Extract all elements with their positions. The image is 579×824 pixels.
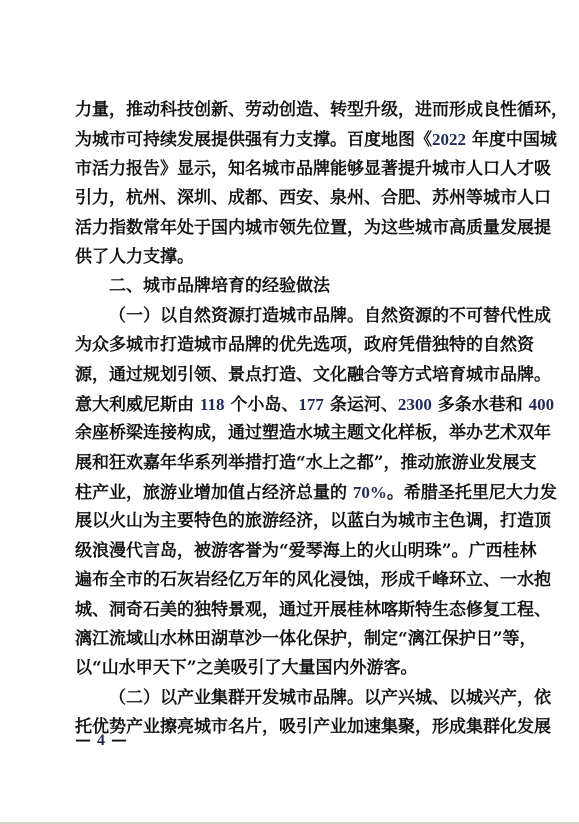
- document-body: 力量，推动科技创新、劳动创造、转型升级，进而形成良性循环， 为城市可持续发展提供…: [75, 96, 507, 743]
- paragraph-line: 源，通过规划引领、景点打造、文化融合等方式培育城市品牌。: [75, 361, 507, 390]
- page-number: —4—: [75, 730, 127, 751]
- paragraph-line: 以“山水甲天下”之美吸引了大量国内外游客。: [75, 654, 507, 683]
- paragraph-line: 遍布全市的石灰岩经亿万年的风化浸蚀，形成千峰环立、一水抱: [75, 566, 507, 595]
- year-number: 2022: [432, 130, 466, 149]
- paragraph-line: 市活力报告》显示，知名城市品牌能够显著提升城市人口人才吸: [75, 155, 507, 184]
- paragraph-line: 力量，推动科技创新、劳动创造、转型升级，进而形成良性循环，: [75, 96, 507, 125]
- guilin-name: 广西桂林: [469, 541, 537, 561]
- section-heading: 二、城市品牌培育的经验做法: [75, 272, 507, 301]
- paragraph-line: 供了人力支撑。: [75, 243, 507, 272]
- santorini-name: 希腊圣托里尼: [404, 483, 506, 503]
- paragraph-line: 城、洞奇石美的独特景观，通过开展桂林喀斯特生态修复工程、: [75, 596, 507, 625]
- paragraph-line: 展和狂欢嘉年华系列举措打造“水上之都”，推动旅游业发展支: [75, 449, 507, 478]
- text: 多条水巷和: [432, 395, 529, 415]
- subsection-1-lead: （一）以自然资源打造城市品牌。自然资源的不可替代性成: [75, 302, 507, 331]
- paragraph-line: 漓江流域山水林田湖草沙一体化保护，制定“漓江保护日”等，: [75, 625, 507, 654]
- paragraph-line: 引力，杭州、深圳、成都、西安、泉州、合肥、苏州等城市人口: [75, 184, 507, 213]
- subsection-2-title: （二）以产业集群开发城市品牌。: [109, 688, 364, 708]
- text: 条运河、: [324, 395, 398, 415]
- subsection-1-title: （一）以自然资源打造城市品牌。: [109, 306, 364, 326]
- text: 年度中国城: [466, 130, 557, 150]
- paragraph-line: 余座桥梁连接构成，通过塑造水城主题文化样板，举办艺术双年: [75, 419, 507, 448]
- dash: —: [75, 730, 91, 749]
- text: 。: [387, 483, 404, 503]
- paragraph-line: 为城市可持续发展提供强有力支撑。百度地图《2022 年度中国城: [75, 125, 507, 154]
- text: 个小岛、: [224, 395, 298, 415]
- number: 118: [200, 395, 225, 414]
- paragraph-line: 柱产业，旅游业增加值占经济总量的 70%。希腊圣托里尼大力发: [75, 478, 507, 507]
- subsection-2-lead: （二）以产业集群开发城市品牌。以产兴城、以城兴产，依: [75, 684, 507, 713]
- text: 大力发: [506, 483, 557, 503]
- venice-line: 意大利威尼斯由 118 个小岛、177 条运河、2300 多条水巷和 400: [75, 390, 507, 419]
- text: 由: [177, 395, 200, 415]
- text: 柱产业，旅游业增加值占经济总量的: [75, 483, 353, 503]
- number: 2300: [398, 395, 432, 414]
- venice-name: 意大利威尼斯: [75, 395, 177, 415]
- text: 级浪漫代言岛，被游客誉为“爱琴海上的火山明珠”。: [75, 541, 469, 561]
- number: 400: [529, 395, 555, 414]
- text: 以产兴城、以城兴产，依: [364, 688, 551, 708]
- page-number-value: 4: [91, 732, 111, 749]
- document-page: 力量，推动科技创新、劳动创造、转型升级，进而形成良性循环， 为城市可持续发展提供…: [0, 0, 579, 822]
- paragraph-line: 为众多城市打造城市品牌的优先选项，政府凭借独特的自然资: [75, 331, 507, 360]
- text: 为城市可持续发展提供强有力支撑。百度地图《: [75, 130, 432, 150]
- paragraph-line: 托优势产业擦亮城市名片，吸引产业加速集聚，形成集群化发展: [75, 713, 507, 742]
- paragraph-line: 级浪漫代言岛，被游客誉为“爱琴海上的火山明珠”。广西桂林: [75, 537, 507, 566]
- paragraph-line: 展以火山为主要特色的旅游经济，以蓝白为城市主色调，打造顶: [75, 507, 507, 536]
- text: 自然资源的不可替代性成: [364, 306, 551, 326]
- dash: —: [111, 730, 127, 749]
- percentage: 70%: [353, 483, 387, 502]
- paragraph-line: 活力指数常年处于国内城市领先位置，为这些城市高质量发展提: [75, 214, 507, 243]
- number: 177: [298, 395, 324, 414]
